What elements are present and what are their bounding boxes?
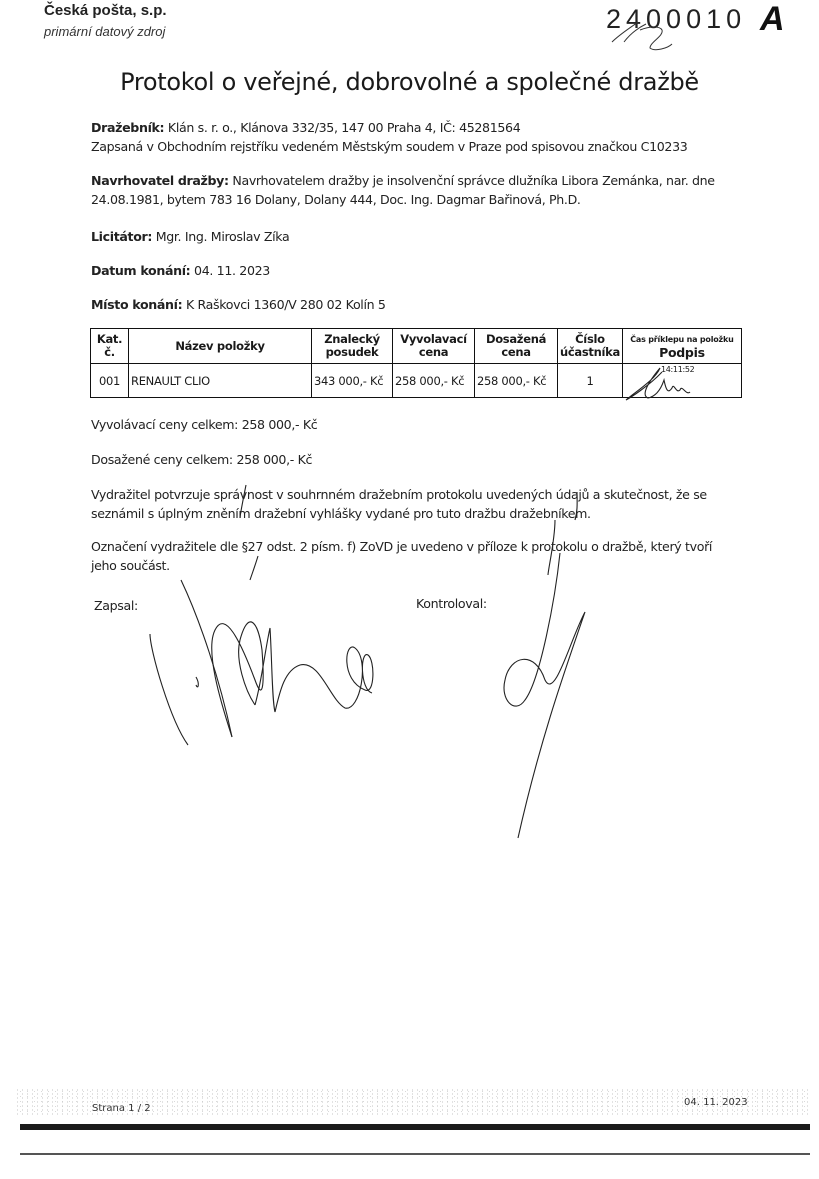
licitator-section: Licitátor: Mgr. Ing. Miroslav Zíka — [91, 227, 741, 246]
total-starting: Vyvolávací ceny celkem: 258 000,- Kč — [91, 415, 741, 434]
licitator-label: Licitátor: — [91, 229, 152, 244]
podpis-label: Podpis — [625, 346, 739, 359]
date-section: Datum konání: 04. 11. 2023 — [91, 261, 741, 280]
auctioneer-label: Dražebník: — [91, 120, 164, 135]
footer-divider-thin — [20, 1153, 810, 1155]
recorded-by-label: Zapsal: — [94, 596, 138, 615]
auctioneer-section: Dražebník: Klán s. r. o., Klánova 332/35… — [91, 118, 741, 156]
header-vyvolavaci: Vyvolavací cena — [393, 329, 475, 364]
footer-date: 04. 11. 2023 — [684, 1097, 748, 1108]
header-podpis: Čas příklepu na položku Podpis — [622, 329, 741, 364]
bid-time: 14:11:52 — [661, 365, 695, 374]
header-dosazena: Dosažená cena — [475, 329, 558, 364]
auctioneer-registration: Zapsaná v Obchodním rejstříku vedeném Mě… — [91, 139, 687, 154]
recorder-signature-icon — [150, 580, 373, 745]
total-achieved: Dosažené ceny celkem: 258 000,- Kč — [91, 450, 741, 469]
date-value: 04. 11. 2023 — [194, 263, 270, 278]
page-number: Strana 1 / 2 — [92, 1103, 151, 1114]
document-number: 2400010 — [606, 4, 746, 35]
data-source-note: primární datový zdroj — [44, 24, 165, 39]
proposer-label: Navrhovatel dražby: — [91, 173, 229, 188]
table-row: 001 RENAULT CLIO 343 000,- Kč 258 000,- … — [91, 364, 742, 398]
header-name: Název položky — [129, 329, 312, 364]
document-letter: A — [760, 0, 785, 39]
cell-name: RENAULT CLIO — [129, 364, 312, 398]
cell-znalecky: 343 000,- Kč — [312, 364, 393, 398]
date-label: Datum konání: — [91, 263, 190, 278]
auctioneer-value: Klán s. r. o., Klánova 332/35, 147 00 Pr… — [168, 120, 520, 135]
table-header-row: Kat. č. Název položky Znalecký posudek V… — [91, 329, 742, 364]
cell-dosazena: 258 000,- Kč — [475, 364, 558, 398]
confirmation-statement: Vydražitel potvrzuje správnost v souhrnn… — [91, 485, 731, 523]
header-kat: Kat. č. — [91, 329, 129, 364]
proposer-section: Navrhovatel dražby: Navrhovatelem dražby… — [91, 171, 719, 209]
postal-sender: Česká pošta, s.p. — [44, 2, 167, 19]
place-label: Místo konání: — [91, 297, 182, 312]
document-title: Protokol o veřejné, dobrovolné a společn… — [0, 68, 819, 96]
cell-cislo: 1 — [558, 364, 623, 398]
cell-kat: 001 — [91, 364, 129, 398]
cell-vyvolavaci: 258 000,- Kč — [393, 364, 475, 398]
auction-items-table: Kat. č. Název položky Znalecký posudek V… — [90, 328, 742, 398]
cell-podpis: 14:11:52 — [622, 364, 741, 398]
header-cislo: Číslo účastníka — [558, 329, 623, 364]
licitator-value: Mgr. Ing. Miroslav Zíka — [156, 229, 290, 244]
identification-statement: Označení vydražitele dle §27 odst. 2 pís… — [91, 537, 731, 575]
place-section: Místo konání: K Raškovci 1360/V 280 02 K… — [91, 295, 741, 314]
place-value: K Raškovci 1360/V 280 02 Kolín 5 — [186, 297, 386, 312]
footer-divider-thick — [20, 1124, 810, 1130]
checked-by-label: Kontroloval: — [416, 594, 487, 613]
header-znalecky: Znalecký posudek — [312, 329, 393, 364]
